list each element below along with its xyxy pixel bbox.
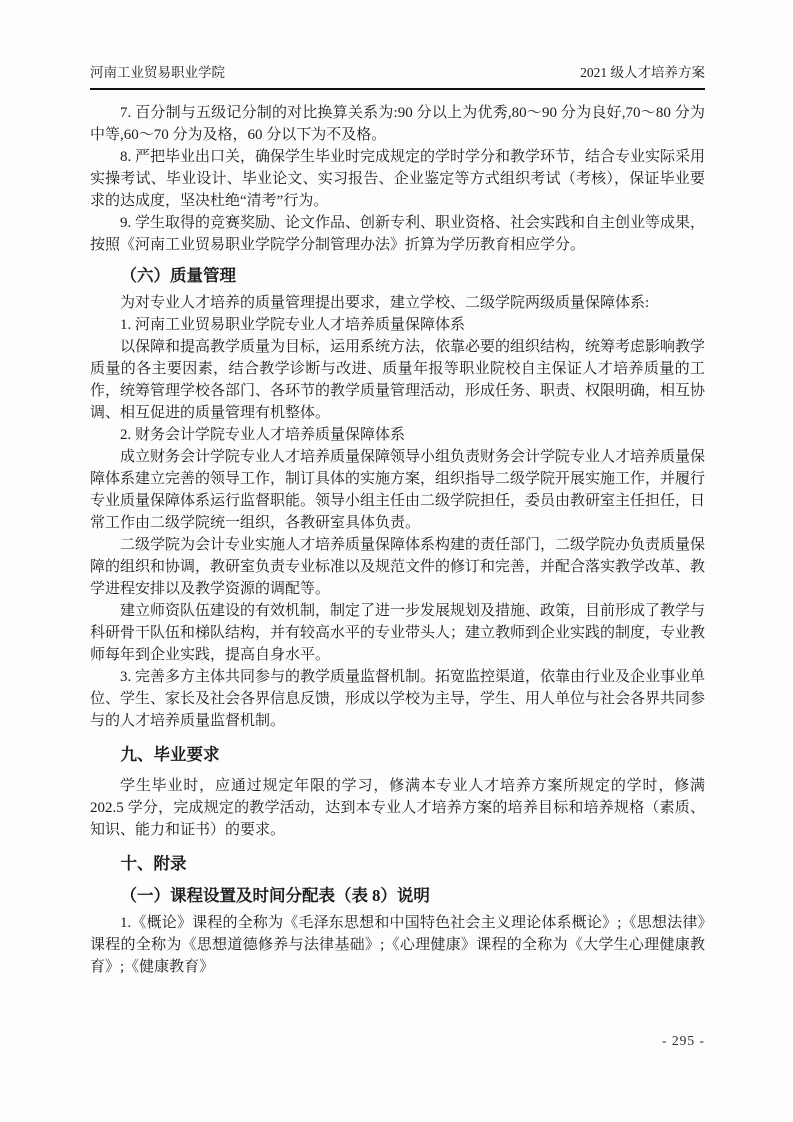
- header-plan-title: 2021 级人才培养方案: [580, 64, 705, 82]
- page-header: 河南工业贸易职业学院 2021 级人才培养方案: [90, 64, 705, 90]
- paragraph: 学生毕业时，应通过规定年限的学习，修满本专业人才培养方案所规定的学时，修满 20…: [90, 775, 705, 841]
- paragraph: 1.《概论》课程的全称为《毛泽东思想和中国特色社会主义理论体系概论》;《思想法律…: [90, 912, 705, 978]
- paragraph: 3. 完善多方主体共同参与的教学质量监督机制。拓宽监控渠道，依靠由行业及企业事业…: [90, 666, 705, 732]
- paragraph: 建立师资队伍建设的有效机制，制定了进一步发展规划及措施、政策，目前形成了教学与科…: [90, 600, 705, 666]
- document-page: 河南工业贸易职业学院 2021 级人才培养方案 7. 百分制与五级记分制的对比换…: [0, 0, 793, 1122]
- section-heading: 十、附录: [90, 852, 705, 875]
- paragraph: 1. 河南工业贸易职业学院专业人才培养质量保障体系: [90, 314, 705, 336]
- paragraph: 二级学院为会计专业实施人才培养质量保障体系构建的责任部门，二级学院办负责质量保障…: [90, 534, 705, 600]
- paragraph: 以保障和提高教学质量为目标，运用系统方法，依靠必要的组织结构，统筹考虑影响教学质…: [90, 336, 705, 424]
- section-heading: 九、毕业要求: [90, 743, 705, 766]
- page-number: - 295 -: [662, 1033, 705, 1048]
- section-heading: （六）质量管理: [90, 264, 705, 287]
- section-heading: （一）课程设置及时间分配表（表 8）说明: [90, 884, 705, 907]
- document-content: 7. 百分制与五级记分制的对比换算关系为:90 分以上为优秀,80～90 分为良…: [90, 102, 705, 978]
- paragraph: 为对专业人才培养的质量管理提出要求，建立学校、二级学院两级质量保障体系:: [90, 292, 705, 314]
- header-school-name: 河南工业贸易职业学院: [90, 64, 225, 82]
- paragraph: 9. 学生取得的竞赛奖励、论文作品、创新专利、职业资格、社会实践和自主创业等成果…: [90, 212, 705, 256]
- paragraph: 2. 财务会计学院专业人才培养质量保障体系: [90, 424, 705, 446]
- paragraph: 8. 严把毕业出口关，确保学生毕业时完成规定的学时学分和教学环节，结合专业实际采…: [90, 146, 705, 212]
- page-footer: - 295 -: [90, 1033, 705, 1049]
- paragraph: 成立财务会计学院专业人才培养质量保障领导小组负责财务会计学院专业人才培养质量保障…: [90, 446, 705, 534]
- paragraph: 7. 百分制与五级记分制的对比换算关系为:90 分以上为优秀,80～90 分为良…: [90, 102, 705, 146]
